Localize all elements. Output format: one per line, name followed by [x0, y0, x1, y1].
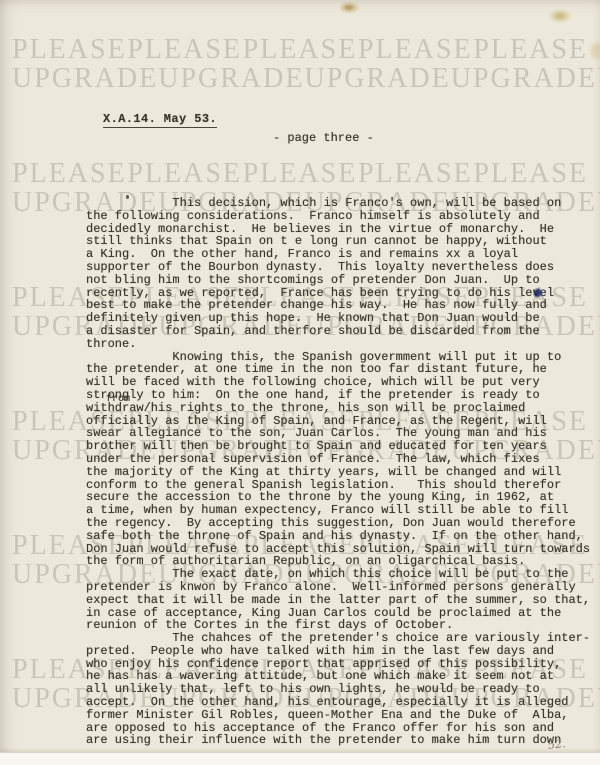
handwritten-page-number: 52.: [547, 737, 566, 752]
typewritten-line: the following considerations. Franco him…: [86, 210, 590, 223]
typewritten-line: accept. On the other hand, his entourage…: [86, 696, 590, 709]
typewritten-line: This decision, which is Franco's own, wi…: [86, 197, 590, 210]
typewritten-content: X.A.14. May 53. - page three - This deci…: [0, 0, 600, 765]
typewritten-line: preted. People who have talked with him …: [86, 645, 590, 658]
typed-insertion: from: [106, 394, 130, 405]
typewritten-line: The chahces of the pretender's choice ar…: [86, 632, 590, 645]
typewritten-line: throne.: [86, 338, 590, 351]
scanner-edge: [0, 752, 600, 765]
typewritten-line: not bling him to the shortcomings of pre…: [86, 274, 590, 287]
typewritten-line: a time, when by human expectency, Franco…: [86, 504, 590, 517]
document-reference: X.A.14. May 53.: [103, 112, 217, 128]
typewritten-line: are using their influence with the prete…: [86, 734, 590, 747]
scanned-document-page: PLEASEPLEASEPLEASEPLEASEPLEASEUPGRADEUPG…: [0, 0, 600, 765]
typewritten-line: The exact date, on which this choice wil…: [86, 568, 590, 581]
typed-body: This decision, which is Franco's own, wi…: [86, 197, 590, 747]
typewritten-line: the majority of the King at thirty years…: [86, 466, 590, 479]
typewritten-line: safe both the throne of Spain and his dy…: [86, 530, 590, 543]
typewritten-line: the regency. By accepting this suggestio…: [86, 517, 590, 530]
typewritten-line: pretender is knwon by Franco alone. Well…: [86, 581, 590, 594]
typewritten-line: expect that it will be made in the latte…: [86, 594, 590, 607]
typewritten-line: former Minister Gil Robles, queen-Mother…: [86, 709, 590, 722]
typewritten-line: under the personal supervision of France…: [86, 453, 590, 466]
typewritten-line: a disaster for Spain, and therfore shoul…: [86, 325, 590, 338]
typewritten-line: withdraw/his rights to the throne, his s…: [86, 402, 590, 415]
typewritten-line: strongly to him: On the one hand, if the…: [86, 389, 590, 402]
page-heading: - page three -: [273, 131, 374, 145]
typewritten-line: supporter of the Bourbon dynasty. This l…: [86, 261, 590, 274]
